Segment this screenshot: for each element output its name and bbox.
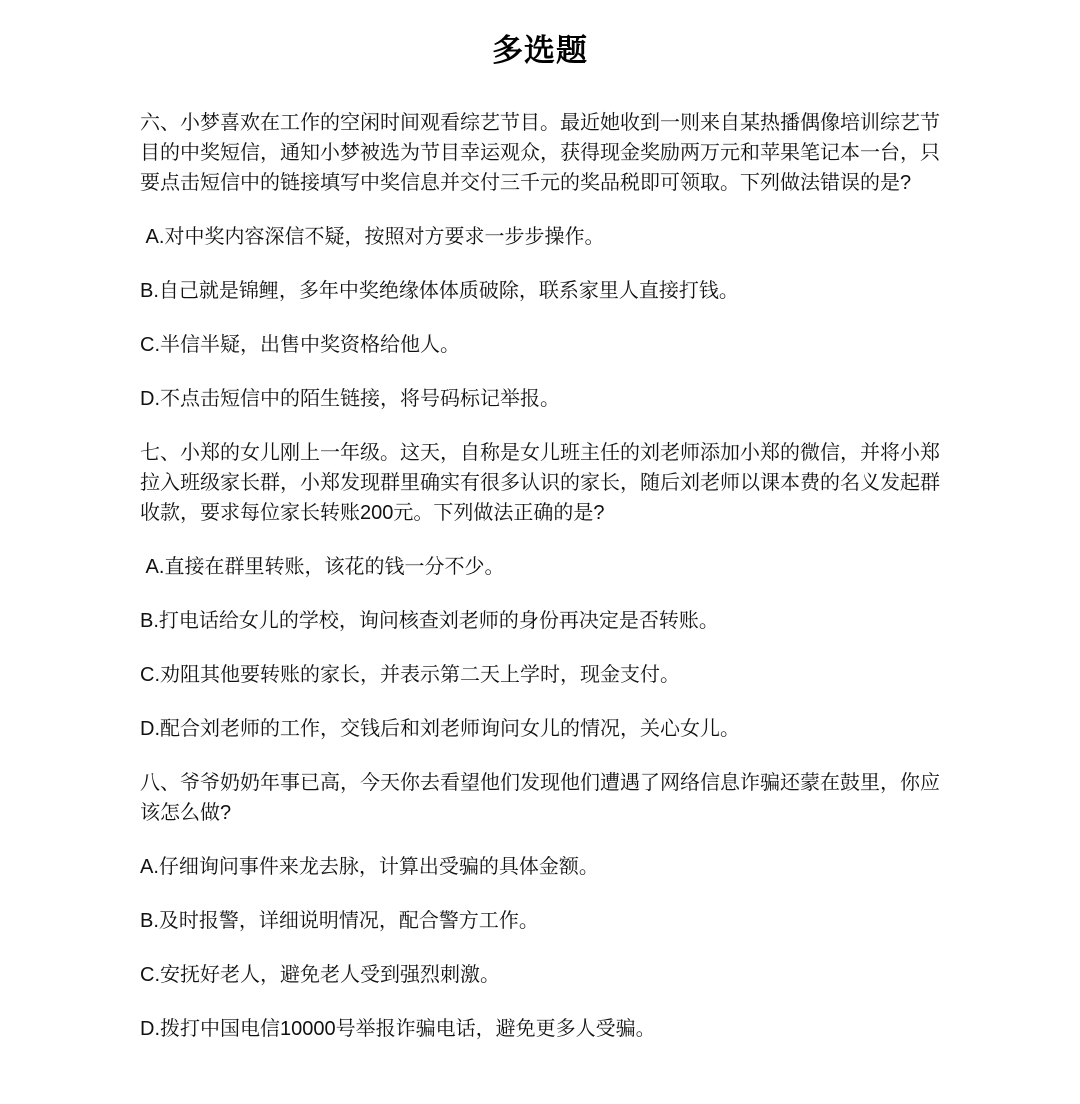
question-option-b: B.及时报警，详细说明情况，配合警方工作。 [140,906,940,936]
question-option-a: A.对中奖内容深信不疑，按照对方要求一步步操作。 [140,222,940,252]
question-block-7: 七、小郑的女儿刚上一年级。这天，自称是女儿班主任的刘老师添加小郑的微信，并将小郑… [140,438,940,744]
question-option-c: C.半信半疑，出售中奖资格给他人。 [140,330,940,360]
question-stem: 八、爷爷奶奶年事已高，今天你去看望他们发现他们遭遇了网络信息诈骗还蒙在鼓里，你应… [140,768,940,828]
question-block-8: 八、爷爷奶奶年事已高，今天你去看望他们发现他们遭遇了网络信息诈骗还蒙在鼓里，你应… [140,768,940,1044]
question-option-d: D.配合刘老师的工作，交钱后和刘老师询问女儿的情况，关心女儿。 [140,714,940,744]
question-option-c: C.劝阻其他要转账的家长，并表示第二天上学时，现金支付。 [140,660,940,690]
question-block-6: 六、小梦喜欢在工作的空闲时间观看综艺节目。最近她收到一则来自某热播偶像培训综艺节… [140,108,940,414]
question-option-b: B.打电话给女儿的学校，询问核查刘老师的身份再决定是否转账。 [140,606,940,636]
question-stem: 七、小郑的女儿刚上一年级。这天，自称是女儿班主任的刘老师添加小郑的微信，并将小郑… [140,438,940,528]
question-option-c: C.安抚好老人，避免老人受到强烈刺激。 [140,960,940,990]
question-sheet: 多选题 六、小梦喜欢在工作的空闲时间观看综艺节目。最近她收到一则来自某热播偶像培… [0,0,1080,1078]
page-title: 多选题 [140,32,940,70]
question-option-a: A.直接在群里转账，该花的钱一分不少。 [140,552,940,582]
question-stem: 六、小梦喜欢在工作的空闲时间观看综艺节目。最近她收到一则来自某热播偶像培训综艺节… [140,108,940,198]
question-option-b: B.自己就是锦鲤，多年中奖绝缘体体质破除，联系家里人直接打钱。 [140,276,940,306]
question-option-a: A.仔细询问事件来龙去脉，计算出受骗的具体金额。 [140,852,940,882]
question-option-d: D.不点击短信中的陌生链接，将号码标记举报。 [140,384,940,414]
question-option-d: D.拨打中国电信10000号举报诈骗电话，避免更多人受骗。 [140,1014,940,1044]
